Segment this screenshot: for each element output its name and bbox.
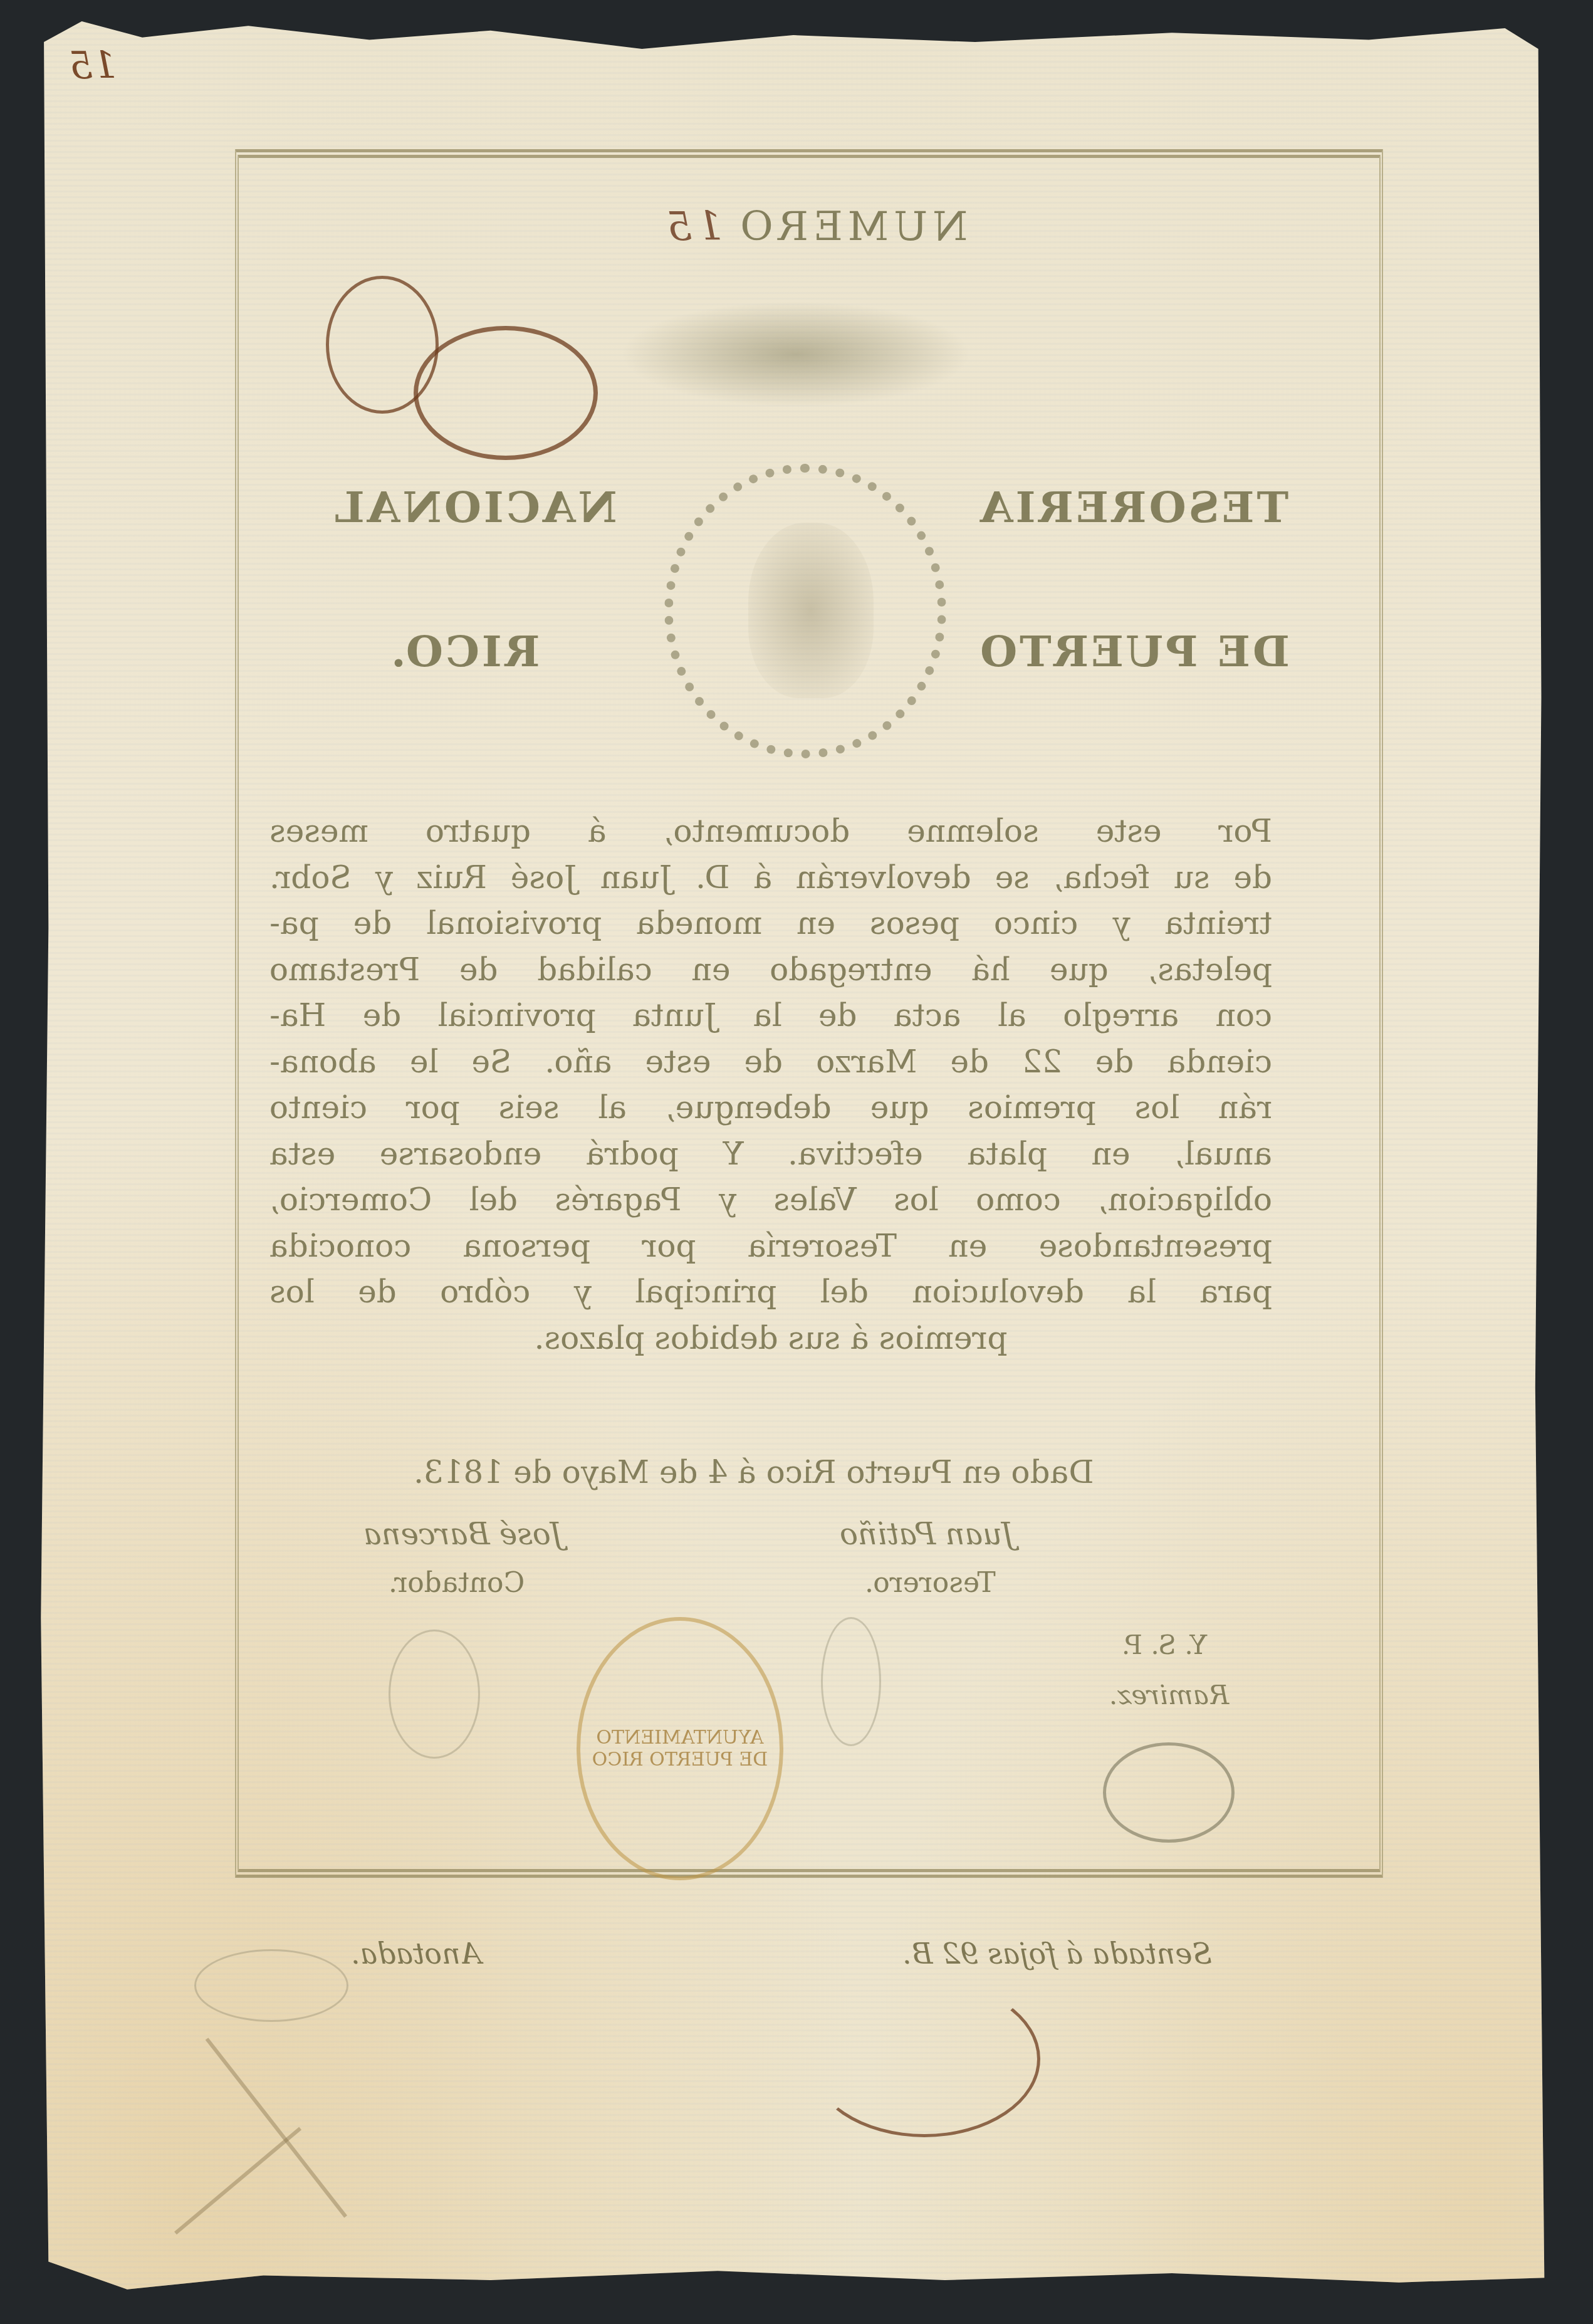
obligation-body-text: Por este solemne documento, á quatro mes…	[269, 809, 1272, 1361]
issue-place-date: Dado en Puerto Rico á 4 de Mayo de 1813.	[414, 1454, 1291, 1490]
ayuntamiento-seal-stamp: AYUNTAMIENTO DE PUERTO RICO	[577, 1617, 783, 1880]
title-tesoreria: TESORERIA	[978, 483, 1288, 533]
faint-flourish-icon	[821, 1617, 881, 1746]
endorsement-anotada: Anotada.	[351, 1937, 481, 1971]
body-line: anual, en plata efectiva. Y podrá endosa…	[269, 1131, 1272, 1178]
body-line: para la devolucion del principal y cóbro…	[269, 1269, 1272, 1316]
body-line: treinta y cinco pesos en moneda provisio…	[269, 901, 1272, 947]
body-line: premios á sus debidos plazos.	[269, 1316, 1272, 1362]
body-line: peletas, que há entregado en calidad de …	[269, 947, 1272, 993]
endorsement-flourish-icon	[194, 1949, 348, 2022]
numero-value: 15	[662, 204, 723, 250]
signature-contador-role: Contador.	[389, 1567, 525, 1599]
body-line: obligacion, como los Vales y Pagarés del…	[269, 1177, 1272, 1223]
title-rico: RICO.	[389, 627, 540, 677]
endorsement-sentada: Sentada á fojas 92 B.	[902, 1937, 1212, 1971]
rubric-flourish-icon	[1103, 1742, 1235, 1843]
paraph-signature-icon	[414, 326, 598, 460]
faint-flourish-icon	[389, 1630, 480, 1759]
body-line: presentandose en Tesorería por persona c…	[269, 1223, 1272, 1270]
registration-initials: Y. S. P.	[1122, 1630, 1207, 1660]
title-de-puerto: DE PUERTO	[978, 627, 1290, 677]
body-line: de su fecha, se devolverán á D. Juan Jos…	[269, 855, 1272, 901]
numero-label: NUMERO	[735, 204, 968, 250]
signature-contador-name: José Barcena	[363, 1517, 563, 1552]
body-line: rán los premios que debengue, al seis po…	[269, 1085, 1272, 1131]
registration-name: Ramirez.	[1109, 1680, 1229, 1710]
stamp-text: AYUNTAMIENTO DE PUERTO RICO	[580, 1727, 780, 1771]
body-line: con arreglo al acta de la Junta provinci…	[269, 993, 1272, 1039]
floral-ornament-icon	[620, 301, 971, 407]
royal-crest-wreath-icon	[664, 464, 946, 758]
body-line: Por este solemne documento, á quatro mes…	[269, 809, 1272, 855]
signature-tesorero-role: Tesorero.	[865, 1567, 996, 1599]
crowned-monogram-icon	[748, 523, 874, 698]
signature-tesorero-name: Juan Patiño	[840, 1517, 1014, 1552]
corner-folio-mark: 15	[69, 44, 117, 88]
title-nacional: NACIONAL	[332, 483, 617, 533]
body-line: cienda de 22 de Marzo de este año. Se le…	[269, 1039, 1272, 1086]
numero-header: NUMERO15	[564, 204, 1065, 250]
endorsement-paraph-icon	[808, 1981, 1040, 2137]
